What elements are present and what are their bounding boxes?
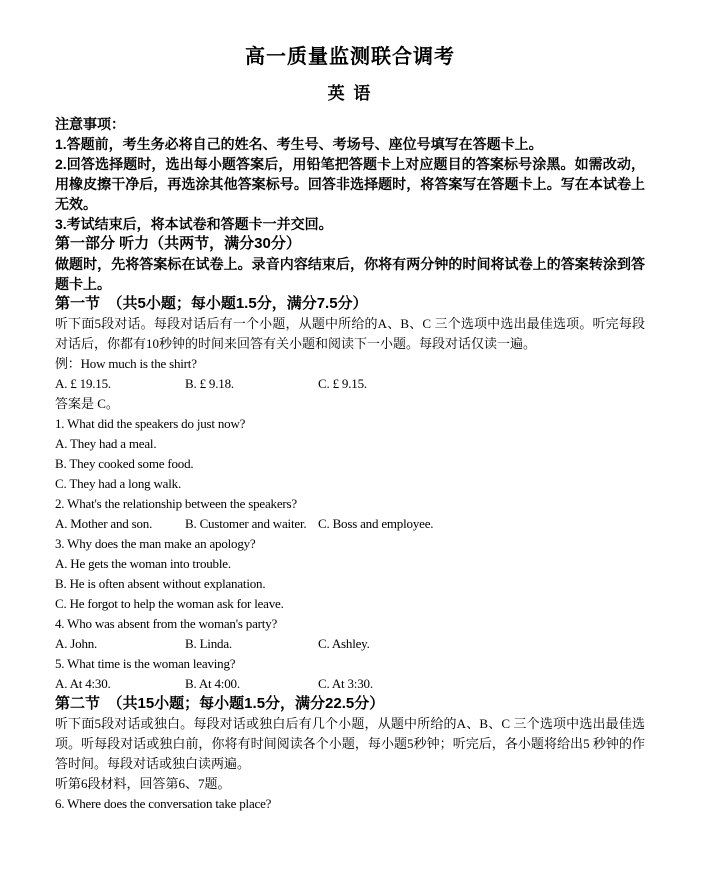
- question-1-option-b: B. They cooked some food.: [55, 454, 645, 474]
- question-1-option-a: A. They had a meal.: [55, 434, 645, 454]
- part1-instructions: 做题时，先将答案标在试卷上。录音内容结束后，你将有两分钟的时间将试卷上的答案转涂…: [55, 254, 645, 294]
- question-5-option-b: B. At 4:00.: [185, 674, 318, 694]
- question-2-options-row: A. Mother and son. B. Customer and waite…: [55, 514, 645, 534]
- question-4-options-row: A. John. B. Linda. C. Ashley.: [55, 634, 645, 654]
- section2-instructions: 听下面5段对话或独白。每段对话或独白后有几个小题，从题中所给的A、B、C 三个选…: [55, 714, 645, 774]
- question-2-option-c: C. Boss and employee.: [318, 514, 645, 534]
- exam-paper-page: 高一质量监测联合调考 英 语 注意事项： 1.答题前，考生务必将自己的姓名、考生…: [0, 0, 701, 877]
- question-6-text: 6. Where does the conversation take plac…: [55, 794, 645, 814]
- question-4-option-a: A. John.: [55, 634, 185, 654]
- exam-subject: 英 语: [55, 82, 645, 106]
- question-2-option-b: B. Customer and waiter.: [185, 514, 318, 534]
- question-5-option-a: A. At 4:30.: [55, 674, 185, 694]
- example-option-a: A. £ 19.15.: [55, 374, 185, 394]
- question-4-option-c: C. Ashley.: [318, 634, 645, 654]
- question-3-option-a: A. He gets the woman into trouble.: [55, 554, 645, 574]
- question-1-option-c: C. They had a long walk.: [55, 474, 645, 494]
- question-2-text: 2. What's the relationship between the s…: [55, 494, 645, 514]
- question-2-option-a: A. Mother and son.: [55, 514, 185, 534]
- notice-heading: 注意事项：: [55, 114, 645, 134]
- exam-title: 高一质量监测联合调考: [55, 44, 645, 70]
- notice-item-3: 3.考试结束后，将本试卷和答题卡一并交回。: [55, 214, 645, 234]
- question-4-option-b: B. Linda.: [185, 634, 318, 654]
- example-prompt: 例：How much is the shirt?: [55, 354, 645, 374]
- question-1-text: 1. What did the speakers do just now?: [55, 414, 645, 434]
- part1-heading: 第一部分 听力（共两节，满分30分）: [55, 234, 645, 254]
- example-option-c: C. £ 9.15.: [318, 374, 645, 394]
- example-options-row: A. £ 19.15. B. £ 9.18. C. £ 9.15.: [55, 374, 645, 394]
- section1-heading: 第一节 （共5小题；每小题1.5分，满分7.5分）: [55, 294, 645, 314]
- question-5-option-c: C. At 3:30.: [318, 674, 645, 694]
- question-3-option-c: C. He forgot to help the woman ask for l…: [55, 594, 645, 614]
- question-3-text: 3. Why does the man make an apology?: [55, 534, 645, 554]
- section2-heading: 第二节 （共15小题；每小题1.5分，满分22.5分）: [55, 694, 645, 714]
- notice-section: 注意事项： 1.答题前，考生务必将自己的姓名、考生号、考场号、座位号填写在答题卡…: [55, 114, 645, 234]
- example-option-b: B. £ 9.18.: [185, 374, 318, 394]
- notice-item-1: 1.答题前，考生务必将自己的姓名、考生号、考场号、座位号填写在答题卡上。: [55, 134, 645, 154]
- section2-audio-cue: 听第6段材料，回答第6、7题。: [55, 774, 645, 794]
- example-answer: 答案是 C。: [55, 394, 645, 414]
- notice-item-2: 2.回答选择题时，选出每小题答案后，用铅笔把答题卡上对应题目的答案标号涂黑。如需…: [55, 154, 645, 214]
- question-4-text: 4. Who was absent from the woman's party…: [55, 614, 645, 634]
- question-3-option-b: B. He is often absent without explanatio…: [55, 574, 645, 594]
- section1-instructions: 听下面5段对话。每段对话后有一个小题，从题中所给的A、B、C 三个选项中选出最佳…: [55, 314, 645, 354]
- question-5-options-row: A. At 4:30. B. At 4:00. C. At 3:30.: [55, 674, 645, 694]
- question-5-text: 5. What time is the woman leaving?: [55, 654, 645, 674]
